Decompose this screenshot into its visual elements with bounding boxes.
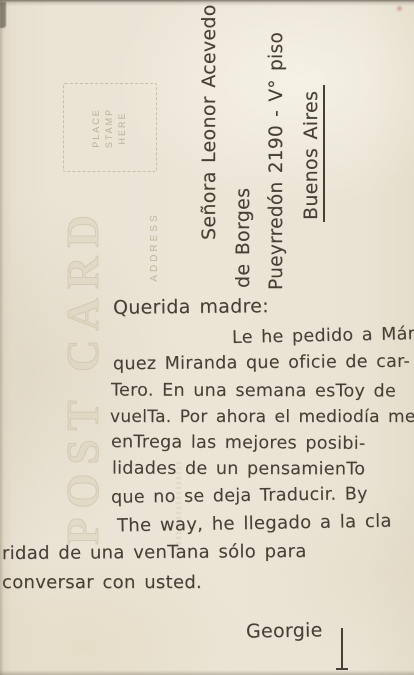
letter-line: lidades de un pensamienTo xyxy=(112,459,365,480)
stamp-box-line-3: HERE xyxy=(116,98,129,158)
address-city-underlined: Buenos Aires xyxy=(300,85,325,222)
letter-line: conversar con usted. xyxy=(2,572,202,593)
postcard-photo: PLACE STAMP HERE ADDRESS POST CARD Señor… xyxy=(0,0,414,675)
letter-line: Le he pedido a Már- xyxy=(232,324,414,348)
stamp-box-line-2: STAMP xyxy=(103,98,116,158)
address-city: Buenos Aires xyxy=(294,2,328,292)
letter-line: enTrega las mejores posibi- xyxy=(111,432,366,454)
top-left-dark-mark xyxy=(0,2,6,28)
address-street: Pueyrredón 2190 - V° piso xyxy=(260,2,294,292)
stamp-placement-box: PLACE STAMP HERE xyxy=(63,83,157,172)
red-ink-speck xyxy=(395,5,404,12)
signature: Georgie xyxy=(246,619,323,642)
letter-salutation: Querida madre: xyxy=(113,295,269,319)
letter-line: ridad de una venTana sólo para xyxy=(2,541,307,564)
flourish-serif xyxy=(336,668,348,670)
post-card-watermark: POST CARD xyxy=(57,245,115,545)
signature-flourish-stroke xyxy=(336,628,348,670)
address-recipient-name: Señora Leonor Acevedo xyxy=(192,2,226,292)
stamp-box-line-1: PLACE xyxy=(90,98,103,158)
letter-line: The way, he llegado a la cla xyxy=(117,511,392,537)
paper-bottom-edge-shadow xyxy=(0,670,414,675)
letter-line: que no se deja Traducir. By xyxy=(111,484,368,508)
letter-line: quez Miranda que oficie de car- xyxy=(113,352,410,375)
flourish-stem xyxy=(341,628,343,670)
stamp-box-label: PLACE STAMP HERE xyxy=(90,98,130,158)
printed-address-label: ADDRESS xyxy=(149,205,163,289)
handwritten-address: Señora Leonor Acevedo de Borges Pueyrred… xyxy=(192,2,332,292)
address-recipient-surname: de Borges xyxy=(226,2,260,292)
letter-line: Tero. En una semana esToy de xyxy=(111,381,396,402)
letter-line: vuelTa. Por ahora el mediodía me xyxy=(110,407,414,427)
